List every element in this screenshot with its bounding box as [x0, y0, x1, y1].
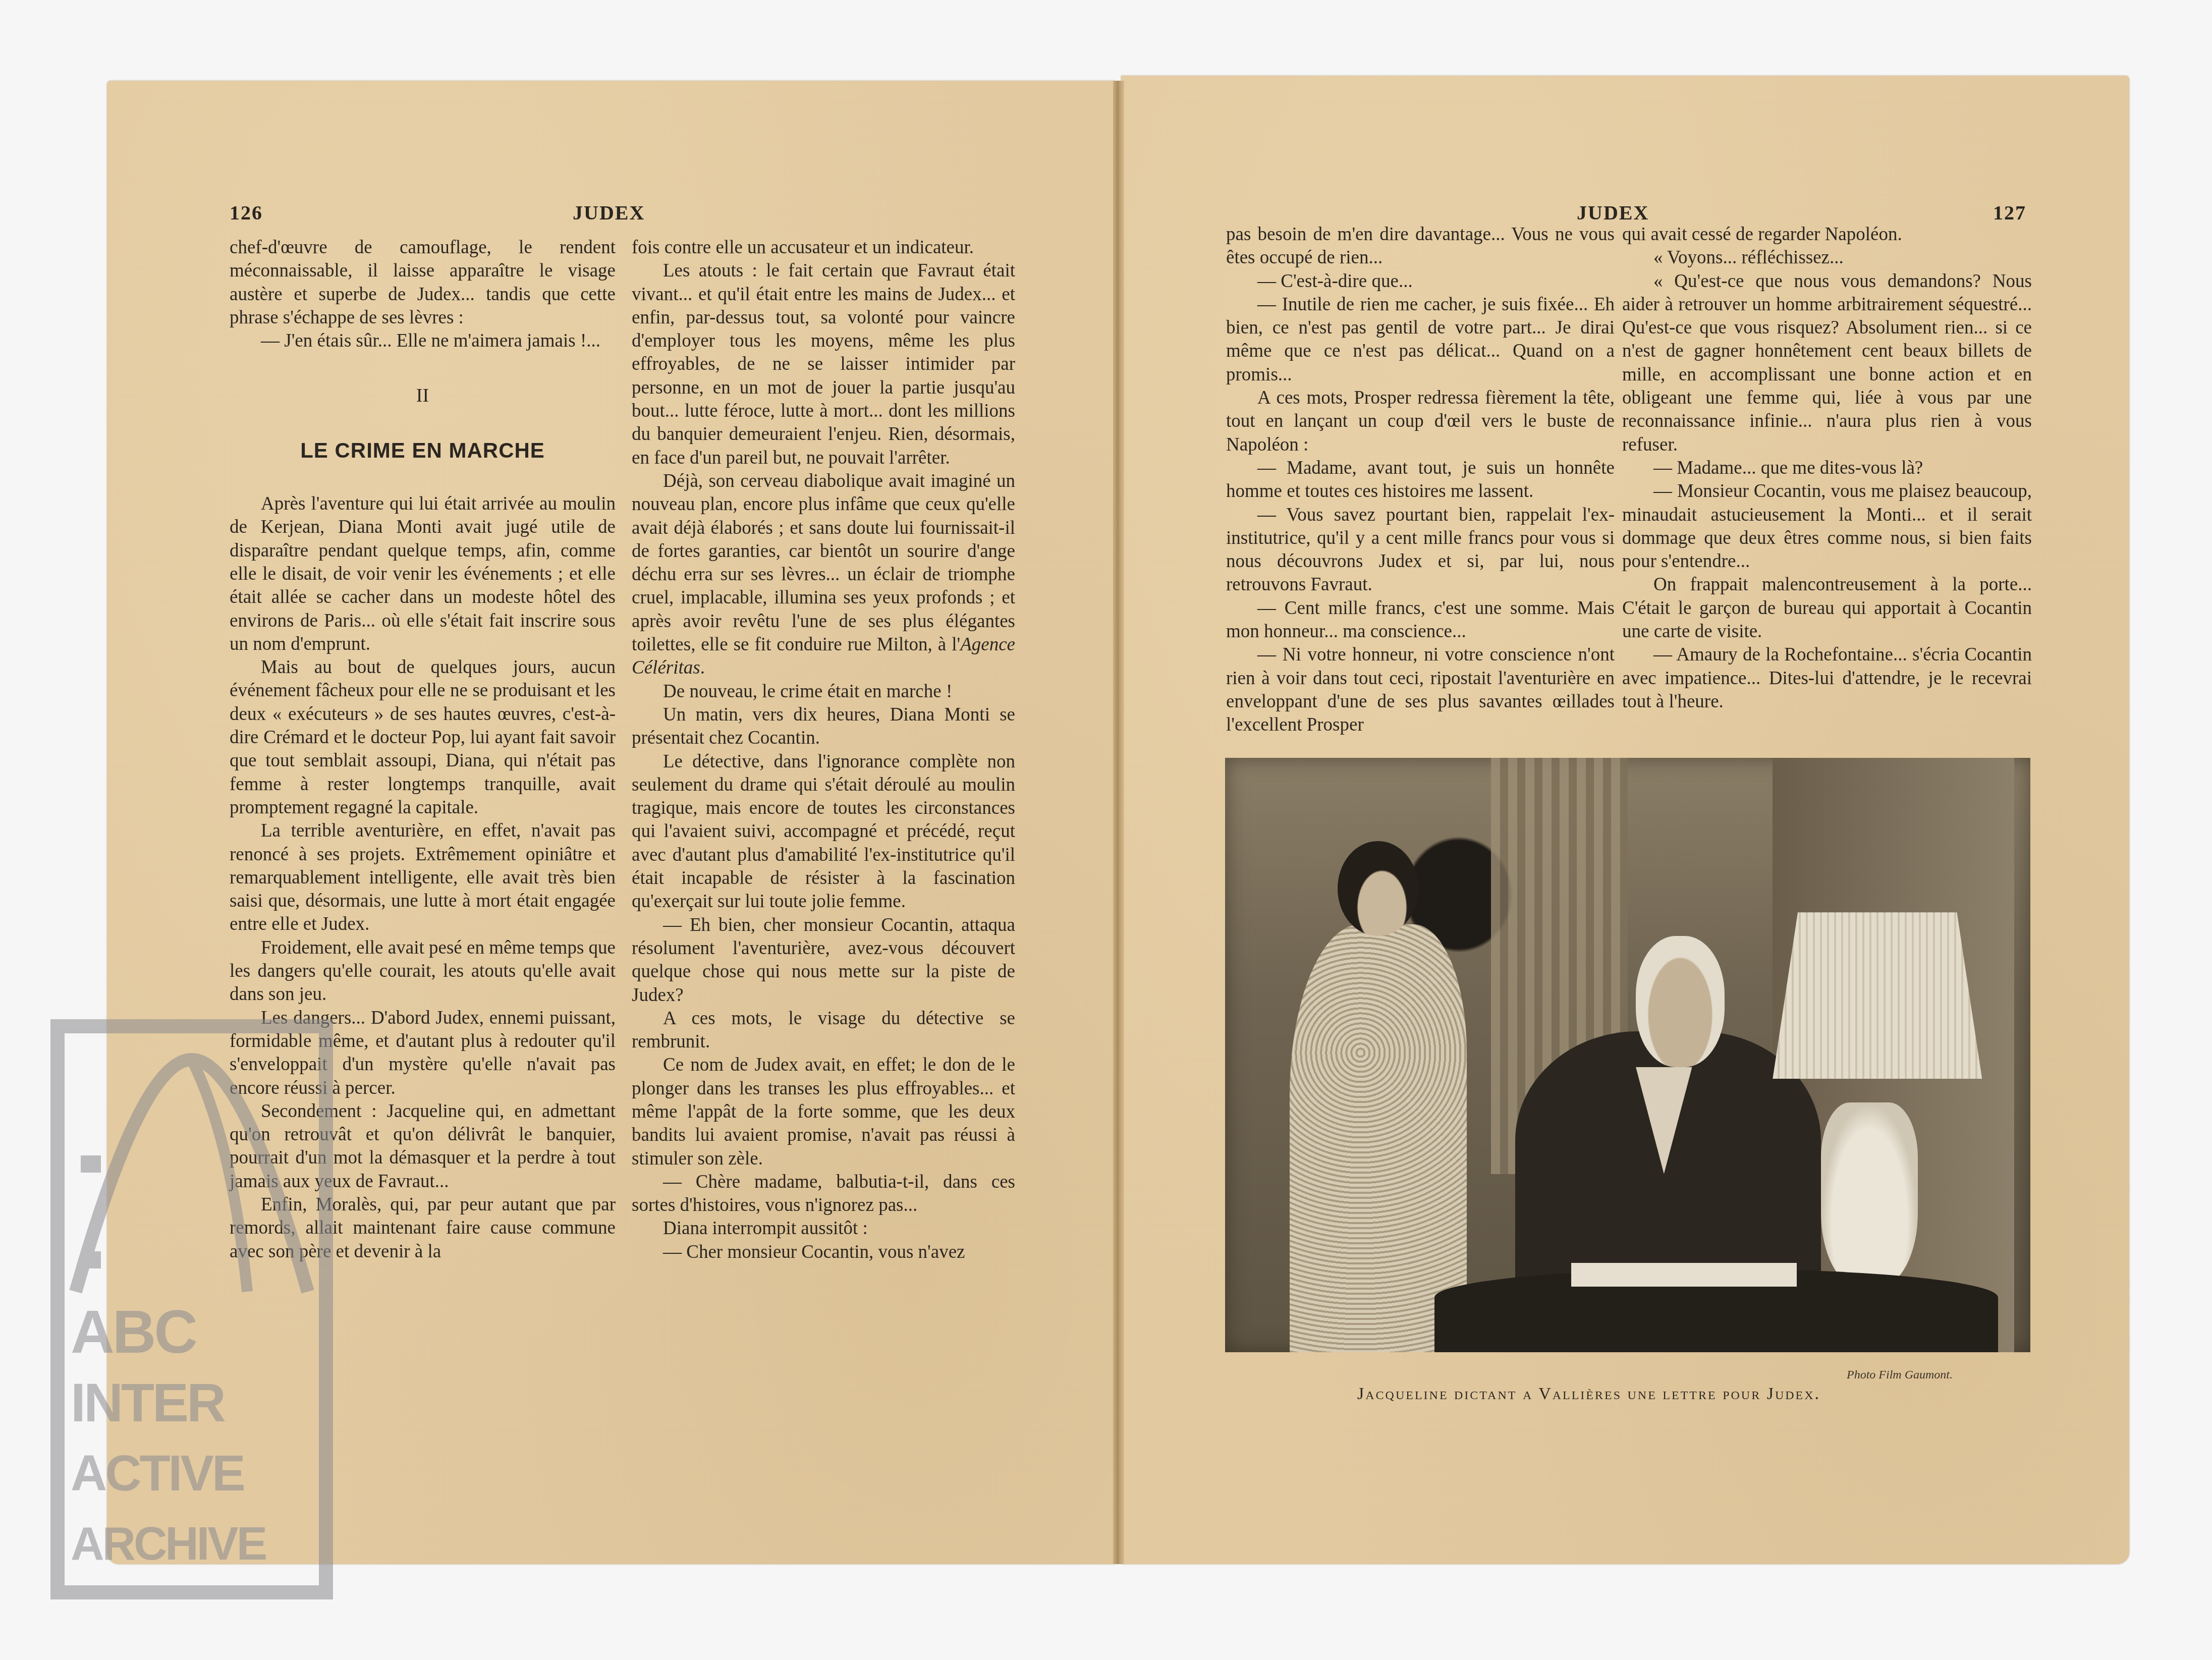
- paragraph: Ce nom de Judex avait, en effet; le don …: [632, 1054, 1015, 1170]
- paragraph: — Madame, avant tout, je suis un honnête…: [1226, 457, 1615, 504]
- abc-interactive-archive-logo: ABC INTER ACTIVE ARCHIVE: [50, 1019, 333, 1599]
- paragraph: « Voyons... réfléchissez...: [1622, 246, 2032, 269]
- paragraph: fois contre elle un accusateur et un ind…: [632, 236, 1015, 259]
- logo-word-archive: ARCHIVE: [71, 1514, 313, 1574]
- logo-arch-icon: [66, 1039, 318, 1302]
- paragraph: — Ni votre honneur, ni votre conscience …: [1226, 643, 1615, 737]
- paragraph: — J'en étais sûr... Elle ne m'aimera jam…: [230, 329, 616, 353]
- paragraph: — Cent mille francs, c'est une somme. Ma…: [1226, 597, 1615, 644]
- paragraph: Les atouts : le fait certain que Favraut…: [632, 259, 1015, 470]
- paragraph: De nouveau, le crime était en marche !: [632, 680, 1015, 703]
- logo-word-abc: ABC: [71, 1302, 313, 1362]
- paragraph: chef-d'œuvre de camouflage, le rendent m…: [230, 236, 616, 329]
- paragraph: On frappait malencontreusement à la port…: [1622, 573, 2032, 643]
- paragraph-tail: .: [700, 657, 705, 678]
- paragraph: A ces mots, le visage du détective se re…: [632, 1007, 1015, 1054]
- paragraph: La terrible aventurière, en effet, n'ava…: [230, 819, 616, 936]
- film-still-photo: [1225, 758, 2030, 1352]
- paragraph: — Madame... que me dites-vous là?: [1622, 457, 2032, 480]
- paragraph: — Monsieur Cocantin, vous me plaisez bea…: [1622, 480, 2032, 573]
- running-head-right: JUDEX: [1577, 201, 1649, 225]
- paragraph: Mais au bout de quelques jours, aucun év…: [230, 656, 616, 819]
- paragraph: — Vous savez pourtant bien, rappelait l'…: [1226, 504, 1615, 597]
- photo-caption: Jacqueline dictant a Vallières une lettr…: [1357, 1385, 1820, 1404]
- paragraph: Déjà, son cerveau diabolique avait imagi…: [632, 470, 1015, 680]
- paragraph: A ces mots, Prosper redressa fièrement l…: [1226, 386, 1615, 457]
- paragraph: — Amaury de la Rochefontaine... s'écria …: [1622, 643, 2032, 713]
- logo-word-inter: INTER: [71, 1372, 313, 1433]
- chapter-title: LE CRIME EN MARCHE: [230, 439, 616, 462]
- logo-word-active: ACTIVE: [71, 1443, 313, 1504]
- paragraph: — C'est-à-dire que...: [1226, 270, 1615, 293]
- paragraph: Diana interrompit aussitôt :: [632, 1217, 1015, 1240]
- paragraph: « Qu'est-ce que nous vous demandons? Nou…: [1622, 270, 2032, 457]
- lampshade: [1773, 912, 1982, 1079]
- paragraph: Le détective, dans l'ignorance complète …: [632, 750, 1015, 914]
- man-head: [1636, 936, 1725, 1067]
- paragraph: — Eh bien, cher monsieur Cocantin, attaq…: [632, 914, 1015, 1007]
- paragraph: Froidement, elle avait pesé en même temp…: [230, 936, 616, 1007]
- paragraph: Un matin, vers dix heures, Diana Monti s…: [632, 703, 1015, 750]
- book-gutter: [1113, 81, 1124, 1564]
- photo-credit: Photo Film Gaumont.: [1847, 1368, 1953, 1382]
- text-column-left-2: fois contre elle un accusateur et un ind…: [632, 236, 1015, 1264]
- running-head-left: JUDEX: [573, 201, 645, 225]
- page-number-left: 126: [230, 201, 263, 225]
- paragraph: — Chère madame, balbutia-t-il, dans ces …: [632, 1171, 1015, 1218]
- chapter-number: II: [230, 384, 616, 407]
- woman-figure: [1290, 924, 1467, 1352]
- paragraph: qui avait cessé de regarder Napoléon.: [1622, 223, 2032, 246]
- paragraph-text: Déjà, son cerveau diabolique avait imagi…: [632, 471, 1015, 655]
- text-column-right-1: pas besoin de m'en dire davantage... Vou…: [1226, 223, 1615, 737]
- paragraph: — Inutile de rien me cacher, je suis fix…: [1226, 293, 1615, 386]
- paragraph: pas besoin de m'en dire davantage... Vou…: [1226, 223, 1615, 270]
- paragraph: Après l'aventure qui lui était arrivée a…: [230, 492, 616, 656]
- page-number-right: 127: [1993, 201, 2026, 225]
- lamp-base: [1821, 1102, 1918, 1287]
- paragraph: — Cher monsieur Cocantin, vous n'avez: [632, 1241, 1015, 1264]
- letter-paper: [1571, 1263, 1797, 1287]
- text-column-right-2: qui avait cessé de regarder Napoléon. « …: [1622, 223, 2032, 713]
- woman-head: [1338, 841, 1418, 936]
